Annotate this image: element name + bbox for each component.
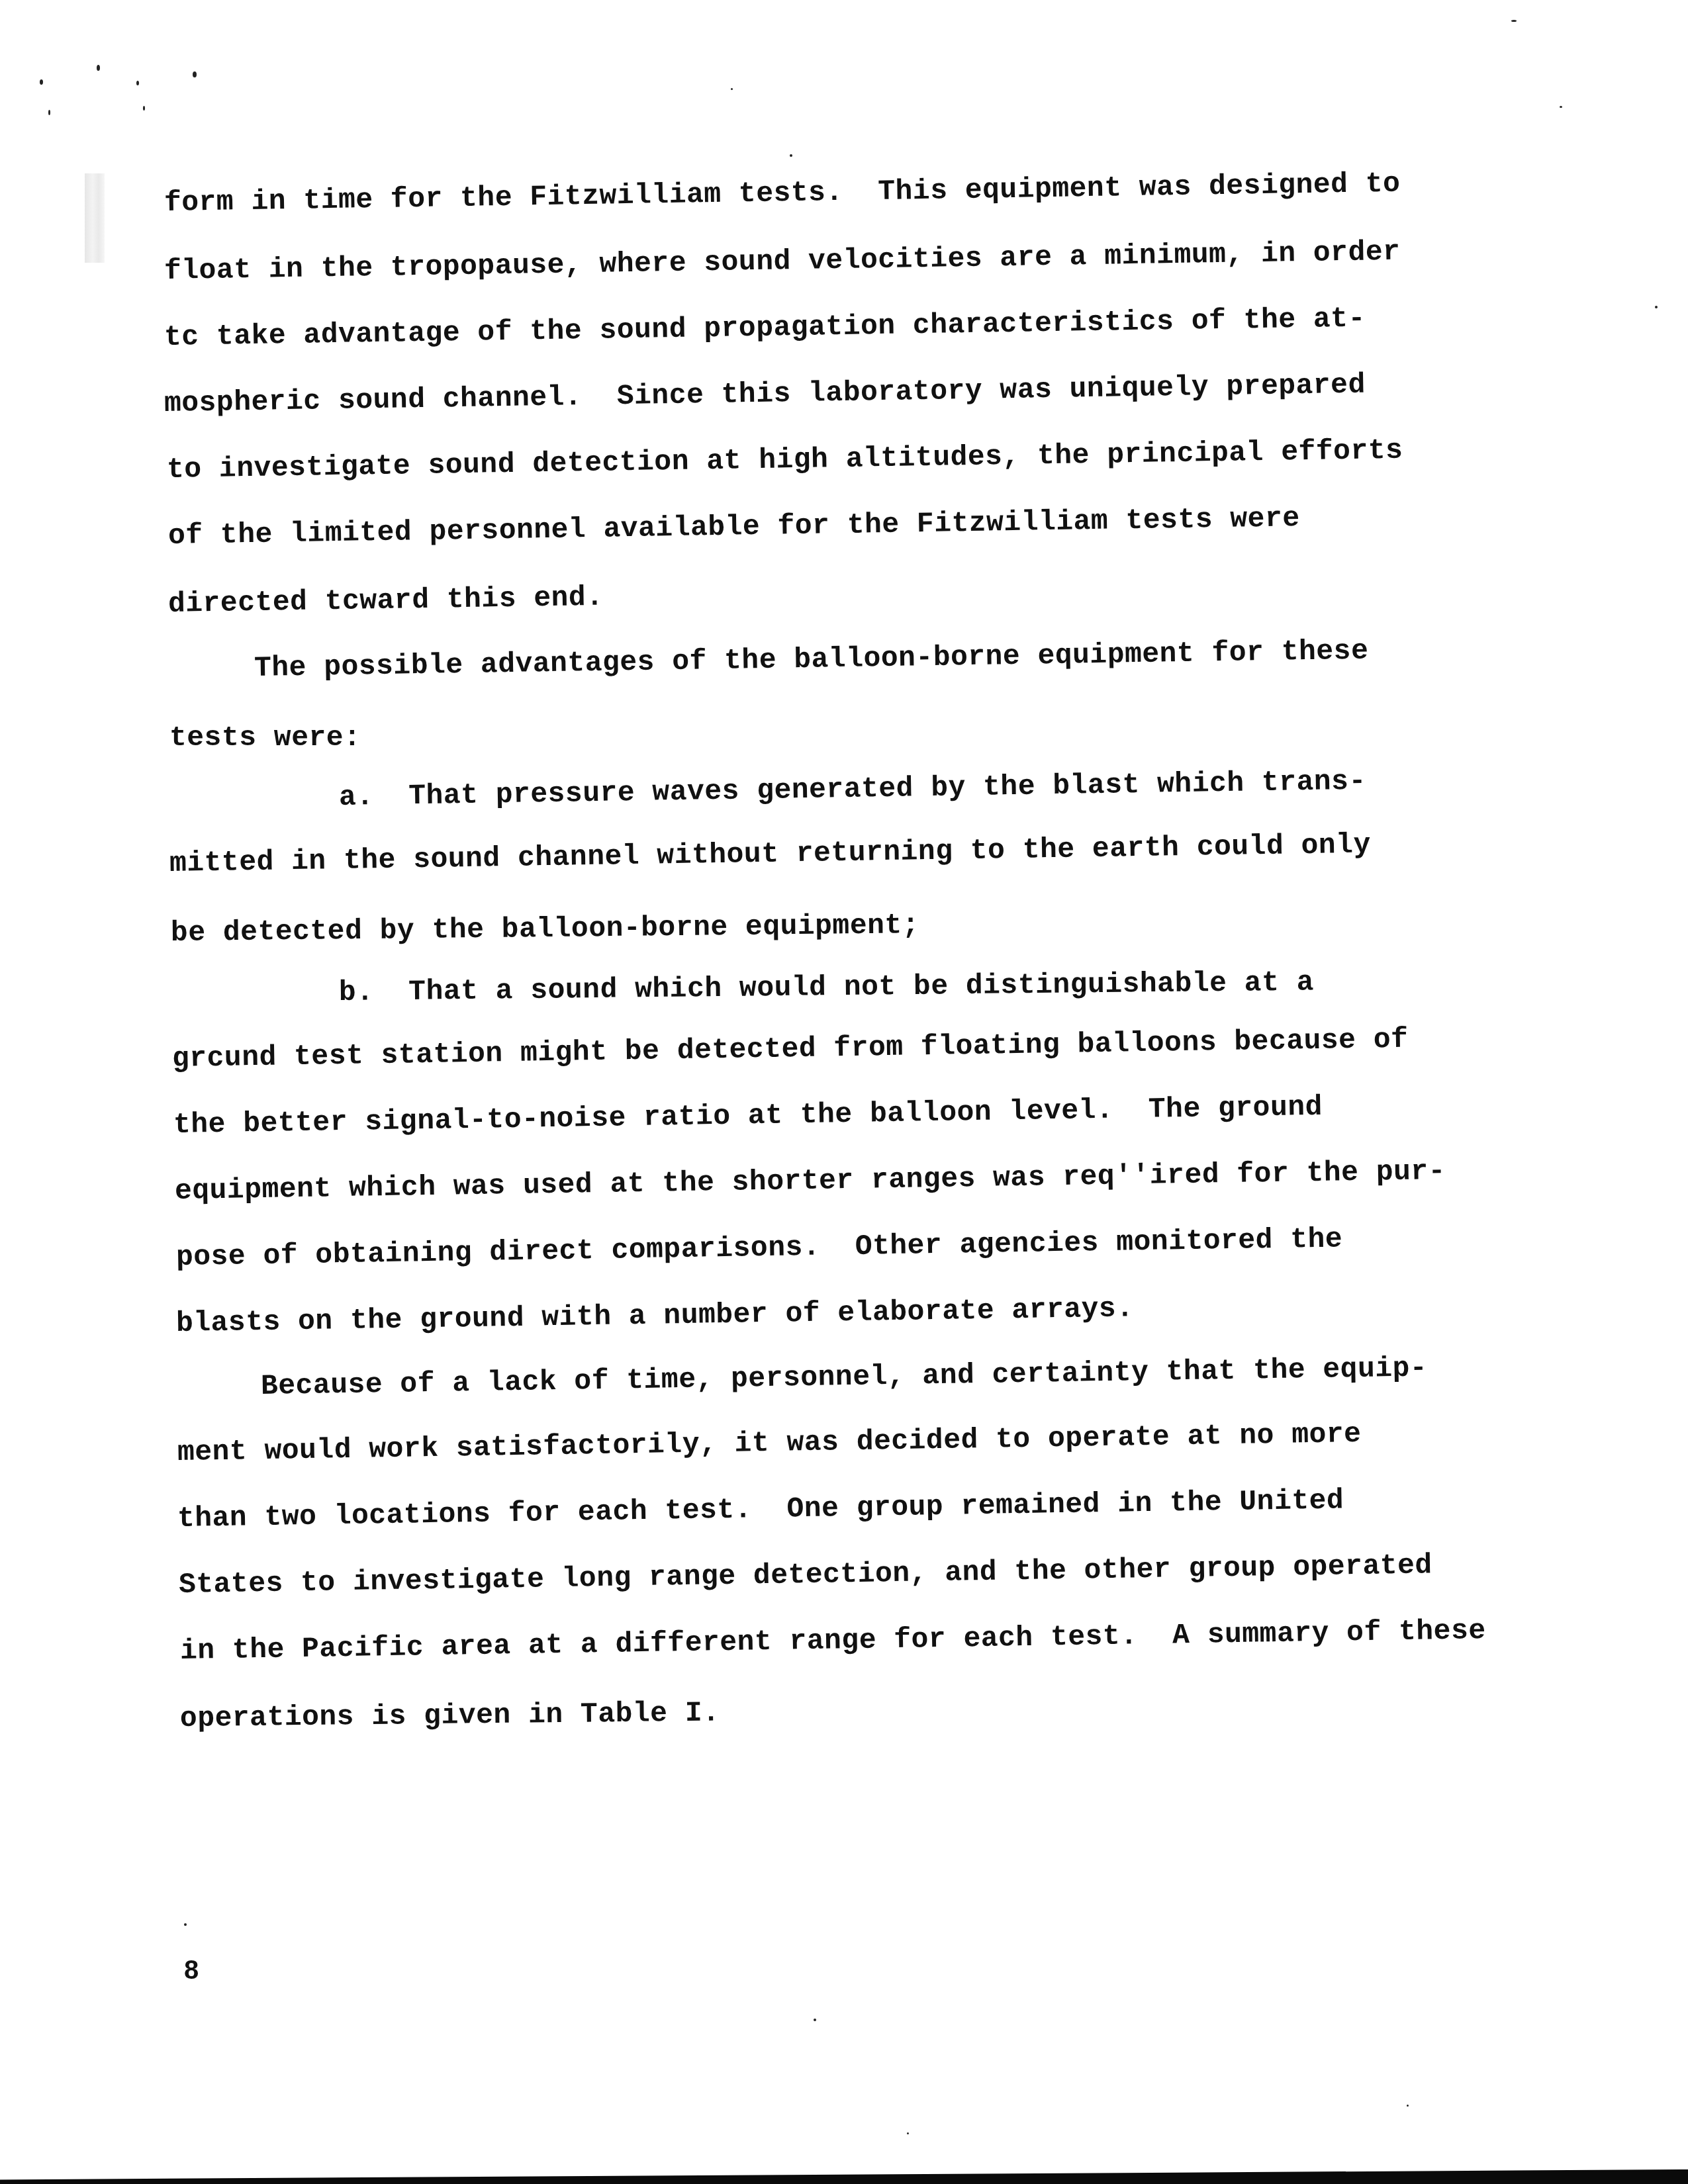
body-line: tc take advantage of the sound propagati… — [164, 302, 1366, 354]
body-line: than two locations for each test. One gr… — [177, 1484, 1344, 1535]
scan-speck — [1560, 106, 1562, 108]
scan-shadow — [85, 173, 105, 263]
scan-speck — [814, 2019, 816, 2021]
body-line: grcund test station might be detected fr… — [172, 1023, 1409, 1075]
body-line: float in the tropopause, where sound vel… — [164, 236, 1401, 288]
scan-speck — [40, 79, 43, 85]
body-line: ment would work satisfactorily, it was d… — [177, 1418, 1362, 1469]
body-line: operations is given in Table I. — [180, 1696, 720, 1735]
scan-speck — [1407, 2105, 1409, 2107]
paragraph-start-line: Because of a lack of time, personnel, an… — [261, 1351, 1428, 1403]
body-line: tests were: — [169, 721, 361, 754]
body-line: blasts on the ground with a number of el… — [176, 1292, 1134, 1340]
scan-speck — [193, 71, 197, 77]
scan-speck — [136, 81, 139, 85]
document-page: form in time for the Fitzwilliam tests. … — [0, 0, 1688, 2184]
scan-speck — [97, 65, 100, 71]
scan-speck — [1511, 20, 1517, 22]
list-item-b: b. That a sound which would not be disti… — [339, 966, 1314, 1009]
scan-bottom-edge — [0, 2169, 1688, 2184]
body-line: of the limited personnel available for t… — [168, 502, 1300, 553]
body-line: States to investigate long range detecti… — [179, 1549, 1432, 1602]
scan-speck — [1655, 306, 1658, 308]
page-number: 8 — [184, 1956, 199, 1985]
body-line: to investigate sound detection at high a… — [167, 434, 1403, 486]
scan-speck — [907, 2132, 909, 2134]
body-line: form in time for the Fitzwilliam tests. … — [164, 167, 1401, 220]
body-line: be detected by the balloon-borne equipme… — [171, 909, 920, 950]
scan-speck — [48, 110, 50, 115]
scan-speck — [184, 1923, 187, 1926]
body-line: directed tcward this end. — [168, 581, 604, 621]
body-line: mospheric sound channel. Since this labo… — [164, 368, 1366, 420]
body-line: pose of obtaining direct comparisons. Ot… — [176, 1222, 1343, 1274]
body-line: the better signal-to-noise ratio at the … — [173, 1091, 1323, 1142]
body-line: in the Pacific area at a different range… — [180, 1614, 1486, 1668]
body-line: equipment which was used at the shorter … — [175, 1155, 1446, 1208]
paragraph-start-line: The possible advantages of the balloon-b… — [254, 635, 1369, 685]
body-line: mitted in the sound channel without retu… — [169, 828, 1372, 880]
scan-speck — [143, 106, 145, 111]
scan-speck — [790, 154, 792, 157]
list-item-a: a. That pressure waves generated by the … — [339, 765, 1367, 814]
scan-speck — [731, 88, 733, 90]
